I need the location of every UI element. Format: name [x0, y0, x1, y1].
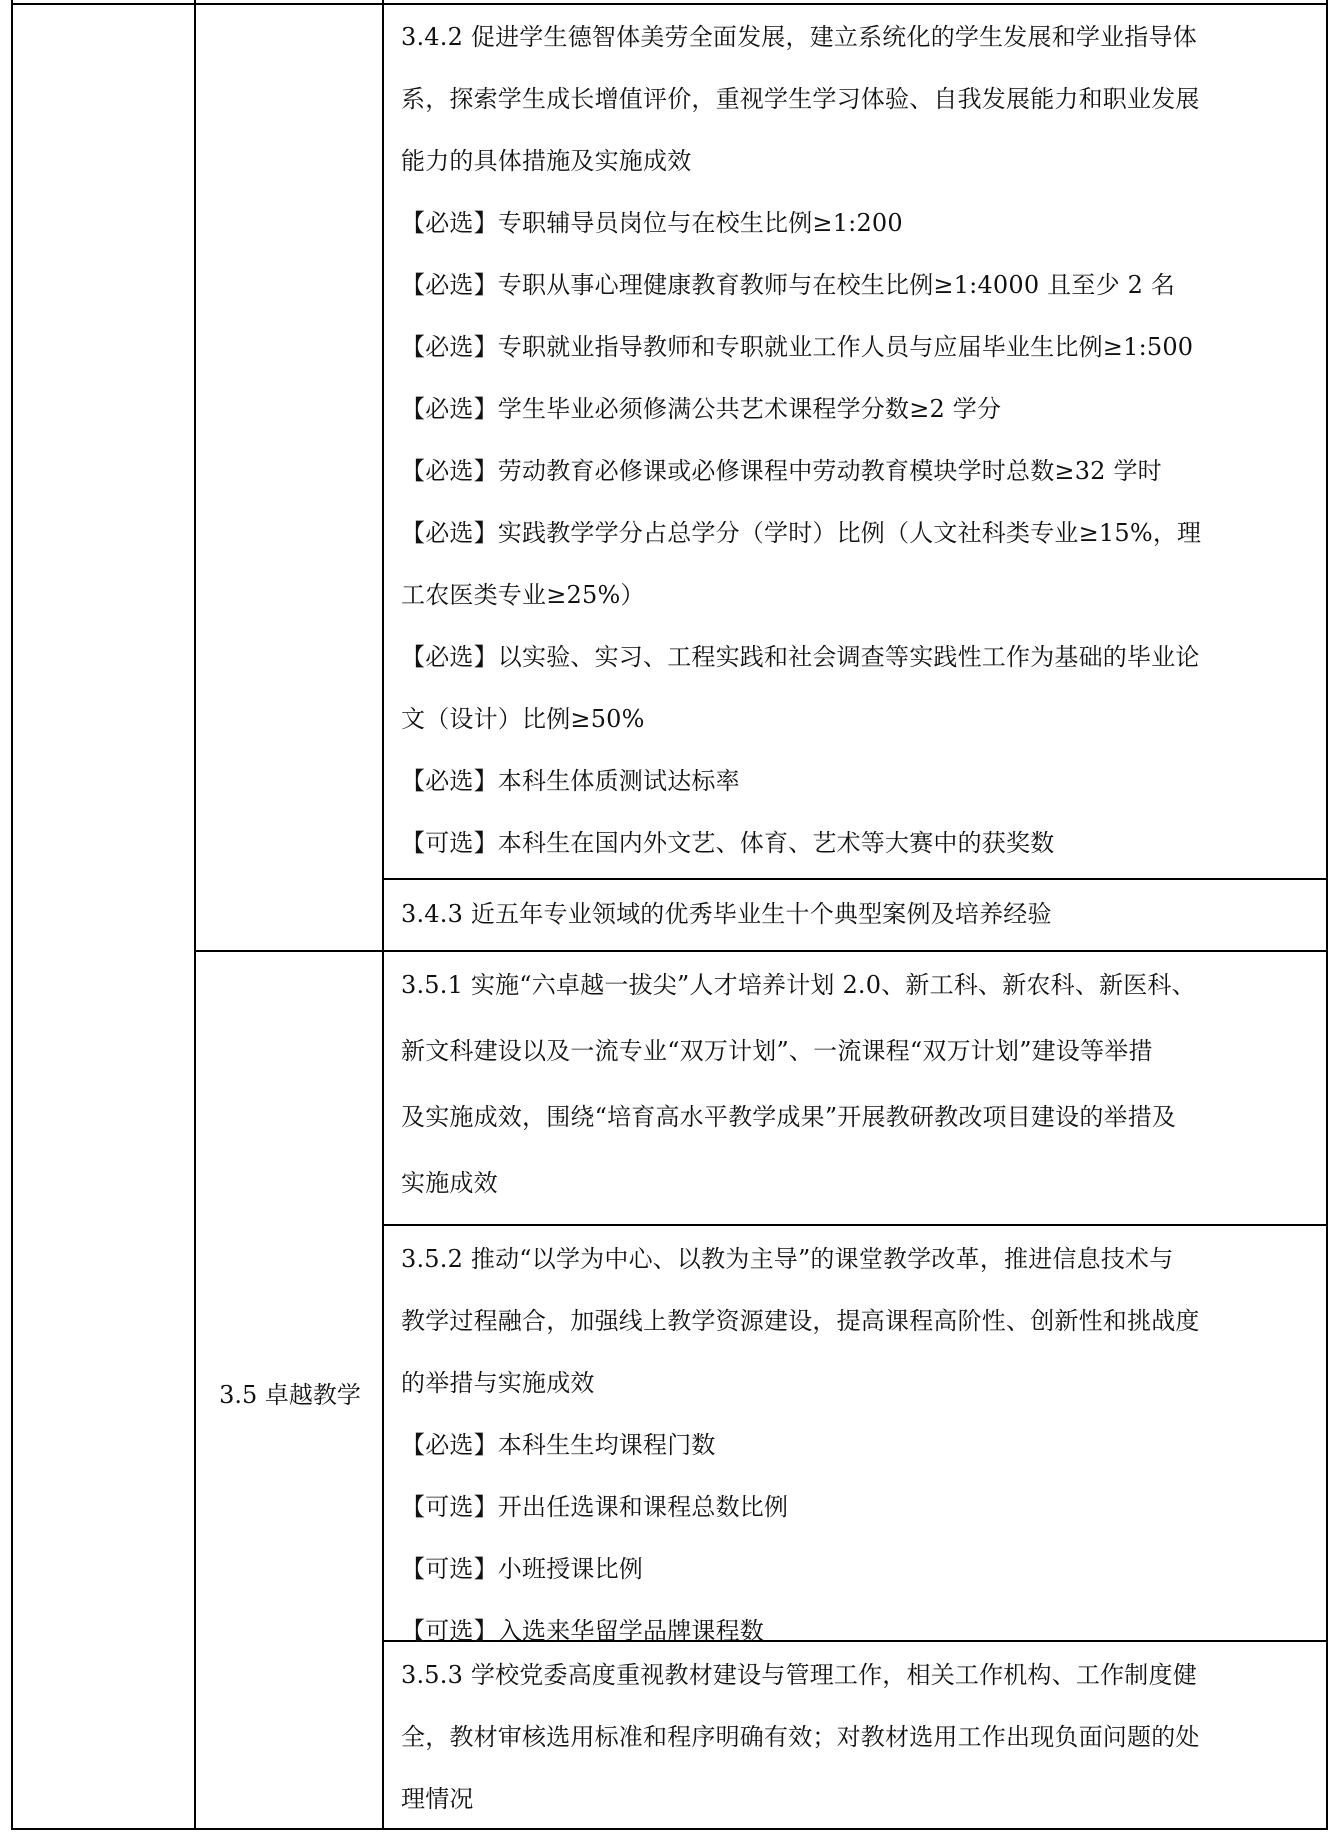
text-line: 3.4.3 近五年专业领域的优秀毕业生十个典型案例及培养经验	[401, 882, 1326, 944]
subcategory-label-3-5: 3.5 卓越教学	[197, 1375, 383, 1415]
requirement-item: 【必选】专职辅导员岗位与在校生比例≥1:200	[401, 192, 1326, 254]
row-3-4-2: 3.4.2 促进学生德智体美劳全面发展，建立系统化的学生发展和学业指导体 系，探…	[385, 6, 1326, 878]
text-line: 3.5.1 实施“六卓越一拔尖”人才培养计划 2.0、新工科、新农科、新医科、	[401, 954, 1326, 1016]
row-divider-342-343	[382, 878, 1328, 880]
row-3-5-3: 3.5.3 学校党委高度重视教材建设与管理工作，相关工作机构、工作制度健 全，教…	[385, 1644, 1326, 1828]
row-3-5-2: 3.5.2 推动“以学为中心、以教为主导”的课堂教学改革，推进信息技术与 教学过…	[385, 1228, 1326, 1640]
optional-item: 【可选】本科生在国内外文艺、体育、艺术等大赛中的获奖数	[401, 812, 1326, 874]
table-border-col3	[382, 0, 384, 1830]
text-line: 的举措与实施成效	[401, 1352, 1326, 1414]
text-line: 理情况	[401, 1768, 1326, 1830]
subcategory-cell-3-4	[196, 5, 382, 950]
requirement-item: 【必选】学生毕业必须修满公共艺术课程学分数≥2 学分	[401, 378, 1326, 440]
requirement-item: 【必选】本科生生均课程门数	[401, 1414, 1326, 1476]
requirement-item: 【必选】专职从事心理健康教育教师与在校生比例≥1:4000 且至少 2 名	[401, 254, 1326, 316]
optional-item: 【可选】开出任选课和课程总数比例	[401, 1476, 1326, 1538]
requirement-item: 【必选】实践教学学分占总学分（学时）比例（人文社科类专业≥15%，理	[401, 502, 1326, 564]
text-line: 能力的具体措施及实施成效	[401, 130, 1326, 192]
text-line: 新文科建设以及一流专业“双万计划”、一流课程“双万计划”建设等举措	[401, 1020, 1326, 1082]
text-line: 及实施成效，围绕“培育高水平教学成果”开展教研教改项目建设的举措及	[401, 1086, 1326, 1148]
text-line: 实施成效	[401, 1152, 1326, 1214]
row-divider-351-352	[382, 1224, 1328, 1226]
text-line: 3.5.2 推动“以学为中心、以教为主导”的课堂教学改革，推进信息技术与	[401, 1228, 1326, 1290]
category-cell	[13, 5, 194, 1828]
optional-item: 【可选】小班授课比例	[401, 1538, 1326, 1600]
text-line: 教学过程融合，加强线上教学资源建设，提高课程高阶性、创新性和挑战度	[401, 1290, 1326, 1352]
requirement-item: 【必选】本科生体质测试达标率	[401, 750, 1326, 812]
requirement-item-cont: 工农医类专业≥25%）	[401, 564, 1326, 626]
requirement-item: 【必选】专职就业指导教师和专职就业工作人员与应届毕业生比例≥1:500	[401, 316, 1326, 378]
table-border-right	[1326, 0, 1328, 1830]
text-line: 3.5.3 学校党委高度重视教材建设与管理工作，相关工作机构、工作制度健	[401, 1644, 1326, 1706]
requirement-item: 【必选】以实验、实习、工程实践和社会调查等实践性工作为基础的毕业论	[401, 626, 1326, 688]
requirement-item: 【必选】劳动教育必修课或必修课程中劳动教育模块学时总数≥32 学时	[401, 440, 1326, 502]
text-line: 全，教材审核选用标准和程序明确有效；对教材选用工作出现负面问题的处	[401, 1706, 1326, 1768]
document-page: 3.5 卓越教学 3.4.2 促进学生德智体美劳全面发展，建立系统化的学生发展和…	[0, 0, 1336, 1836]
row-3-4-3: 3.4.3 近五年专业领域的优秀毕业生十个典型案例及培养经验	[385, 882, 1326, 950]
row-3-5-1: 3.5.1 实施“六卓越一拔尖”人才培养计划 2.0、新工科、新农科、新医科、 …	[385, 954, 1326, 1224]
text-line: 3.4.2 促进学生德智体美劳全面发展，建立系统化的学生发展和学业指导体	[401, 6, 1326, 68]
row-divider-34-35	[194, 950, 1328, 952]
text-line: 系，探索学生成长增值评价，重视学生学习体验、自我发展能力和职业发展	[401, 68, 1326, 130]
requirement-item-cont: 文（设计）比例≥50%	[401, 688, 1326, 750]
